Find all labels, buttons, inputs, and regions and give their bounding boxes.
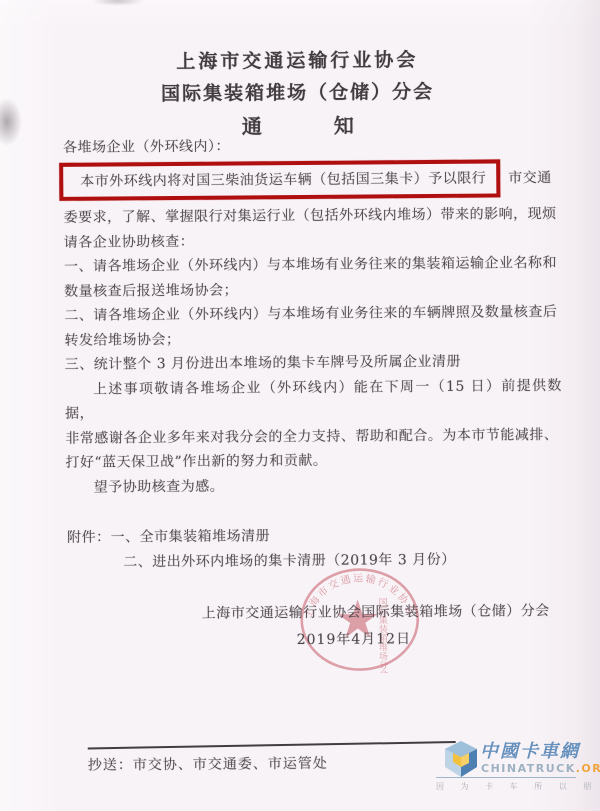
signature-org: 上海市交通运输行业协会国际集装箱堆场（仓储）分会	[2, 600, 600, 625]
highlight-after-text: 市交通	[508, 166, 552, 191]
attachments-block: 附件：一、全市集装箱堆场清册 二、进出外环内堆场的集卡清册（2019年 3 月份…	[67, 523, 456, 576]
body-line: 非常感谢各企业多年来对我分会的全力支持、帮助和配合。为本市节能减排、	[65, 422, 562, 450]
attachment-item-2: 二、进出外环内堆场的集卡清册（2019年 3 月份）	[123, 548, 456, 576]
attachment-line-1: 附件：一、全市集装箱堆场清册	[67, 523, 456, 551]
highlighted-row: 本市外环线内将对国三柴油货运车辆（包括国三集卡）予以限行 市交通	[59, 158, 560, 200]
body-line: 望予协助核查为感。	[66, 471, 563, 499]
logo-slogan: 因 为 卡 车 所 以 朋 友	[436, 781, 600, 792]
cc-distribution-line: 抄送：市交协、市交通委、市运管处	[88, 753, 328, 775]
logo-underline	[436, 777, 576, 778]
signature-date: 2019年4月12日	[2, 627, 600, 652]
body-line: 上述事项敬请各堆场企业（外环线内）能在下周一（15 日）前提供数据，	[65, 373, 562, 426]
branch-title: 国际集装箱堆场（仓储）分会	[0, 76, 598, 108]
logo-en-name: CHINATRUCK.ORG	[481, 762, 600, 775]
cube-logo-icon	[444, 740, 478, 778]
notice-body: 各堆场企业（外环线内）： 本市外环线内将对国三柴油货运车辆（包括国三集卡）予以限…	[63, 132, 563, 500]
scanned-notice-page: 上海市交通运输行业协会 国际集装箱堆场（仓储）分会 通知 各堆场企业（外环线内）…	[0, 0, 600, 811]
footer-divider-line	[88, 741, 456, 749]
salutation: 各堆场企业（外环线内）：	[63, 132, 560, 160]
logo-domain-suffix: .ORG	[576, 762, 600, 775]
chinatruck-watermark-logo: 中國卡車網 CHINATRUCK.ORG 因 为 卡 车 所 以 朋 友	[432, 736, 594, 800]
document-content: 上海市交通运输行业协会 国际集装箱堆场（仓储）分会 通知 各堆场企业（外环线内）…	[0, 0, 600, 811]
body-line: 二、请各堆场企业（外环线内）与本堆场有业务往来的车辆牌照及数量核查后	[64, 300, 561, 328]
logo-cn-name: 中國卡車網	[480, 737, 580, 763]
attachment-item-1: 一、全市集装箱堆场清册	[111, 528, 271, 545]
org-title: 上海市交通运输行业协会	[0, 44, 597, 76]
attachments-label: 附件：	[67, 529, 111, 545]
body-line: 一、请各堆场企业（外环线内）与本堆场有业务往来的集装箱运输企业名称和	[64, 251, 561, 279]
highlight-text: 本市外环线内将对国三柴油货运车辆（包括国三集卡）予以限行	[80, 170, 486, 189]
highlight-box: 本市外环线内将对国三柴油货运车辆（包括国三集卡）予以限行	[59, 159, 500, 201]
body-line: 委要求，了解、掌握限行对集运行业（包括外环线内堆场）带来的影响，现烦	[63, 202, 560, 230]
